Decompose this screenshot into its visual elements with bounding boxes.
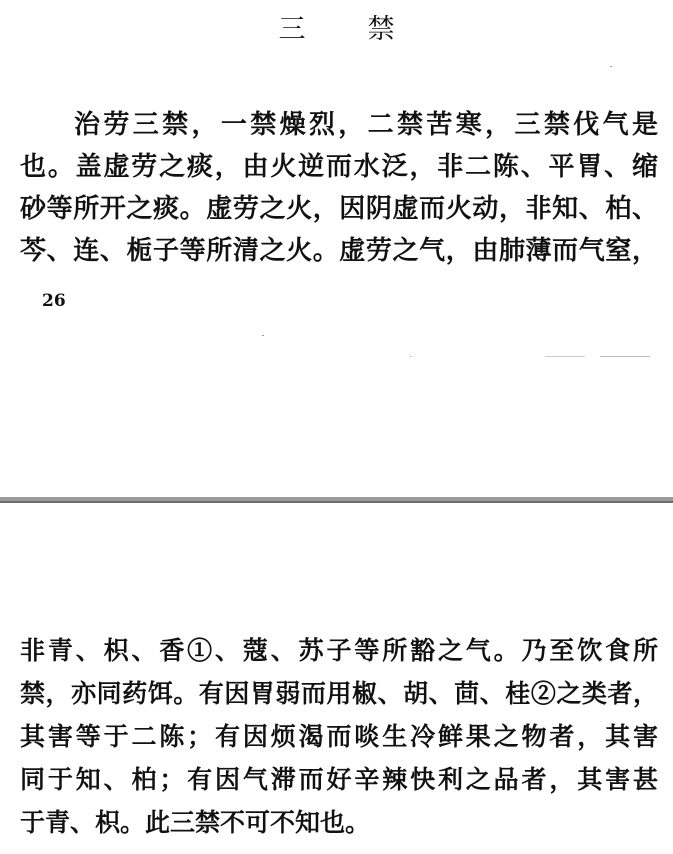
body-text-bottom: 非青、枳、香①、蔻、苏子等所豁之气。乃至饮食所 禁，亦同药饵。有因胃弱而用椒、胡… — [20, 629, 658, 844]
section-title: 三禁 — [0, 10, 673, 50]
text-line: 治劳三禁，一禁燥烈，二禁苦寒，三禁伐气是 — [20, 104, 658, 146]
scan-speck — [545, 356, 585, 357]
title-char-1: 三 — [279, 10, 306, 50]
page-divider — [0, 496, 673, 504]
text-line: 也。盖虚劳之痰，由火逆而水泛，非二陈、平胃、缩 — [20, 146, 658, 188]
scan-speck — [262, 335, 264, 336]
title-char-2: 禁 — [368, 10, 395, 50]
page-bottom: 非青、枳、香①、蔻、苏子等所豁之气。乃至饮食所 禁，亦同药饵。有因胃弱而用椒、胡… — [0, 504, 673, 854]
body-text-top: 治劳三禁，一禁燥烈，二禁苦寒，三禁伐气是 也。盖虚劳之痰，由火逆而水泛，非二陈、… — [20, 104, 658, 272]
page-top: 三禁 治劳三禁，一禁燥烈，二禁苦寒，三禁伐气是 也。盖虚劳之痰，由火逆而水泛，非… — [0, 0, 673, 496]
scan-speck — [410, 356, 411, 357]
page-number: 26 — [42, 289, 66, 313]
text-line: 其害等于二陈；有因烦渴而啖生冷鲜果之物者，其害 — [20, 715, 658, 758]
text-line: 同于知、柏；有因气滞而好辛辣快利之品者，其害甚 — [20, 758, 658, 801]
scan-speck — [610, 66, 612, 67]
divider-edge — [0, 501, 673, 503]
scan-speck — [600, 356, 650, 357]
text-line: 非青、枳、香①、蔻、苏子等所豁之气。乃至饮食所 — [20, 629, 658, 672]
text-line: 禁，亦同药饵。有因胃弱而用椒、胡、茴、桂②之类者， — [20, 672, 658, 715]
text-line: 砂等所开之痰。虚劳之火，因阴虚而火动，非知、柏、 — [20, 188, 658, 230]
text-line: 芩、连、栀子等所清之火。虚劳之气，由肺薄而气窒， — [20, 230, 658, 272]
text-line: 于青、枳。此三禁不可不知也。 — [20, 801, 658, 844]
